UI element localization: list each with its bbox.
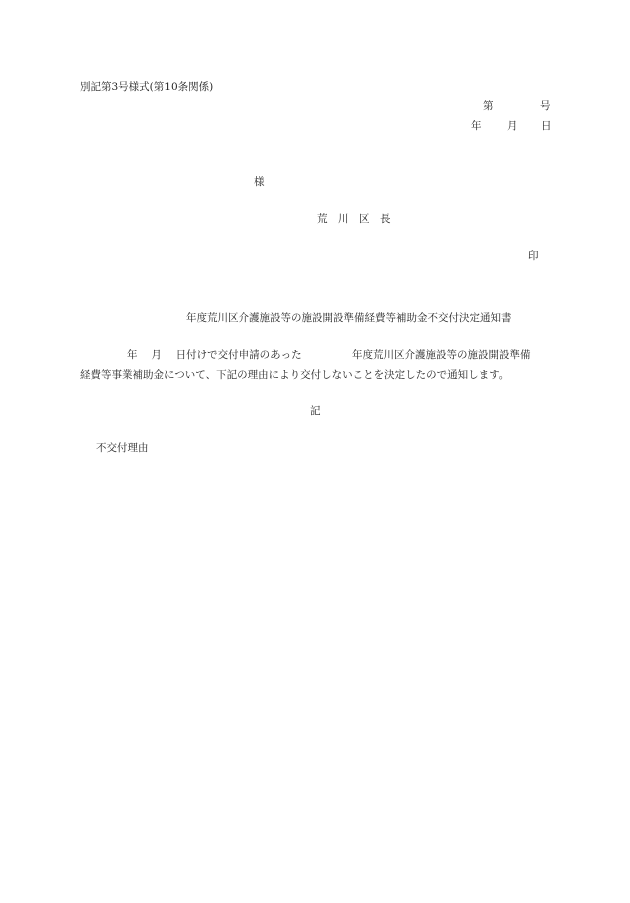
seal-mark: 印 (528, 249, 539, 263)
body-line2: 経費等事業補助金について、下記の理由により交付しないことを決定したので通知します… (80, 368, 509, 382)
body-line1-part2: 年度荒川区介護施設等の施設開設準備 (352, 348, 531, 362)
addressee-suffix: 様 (254, 175, 265, 189)
date-month: 月 (507, 119, 518, 133)
document-title: 年度荒川区介護施設等の施設開設準備経費等補助金不交付決定通知書 (186, 311, 512, 325)
date-day: 日 (541, 119, 552, 133)
form-label: 別記第3号様式(第10条関係) (80, 80, 213, 94)
body-line1-part1: 年 月 日付けで交付申請のあった (127, 348, 302, 362)
ki-heading: 記 (310, 404, 321, 418)
date-year: 年 (471, 119, 482, 133)
number-prefix: 第 (483, 99, 494, 113)
number-suffix: 号 (540, 99, 551, 113)
reason-label: 不交付理由 (96, 441, 149, 455)
issuer-name: 荒 川 区 長 (317, 212, 391, 226)
